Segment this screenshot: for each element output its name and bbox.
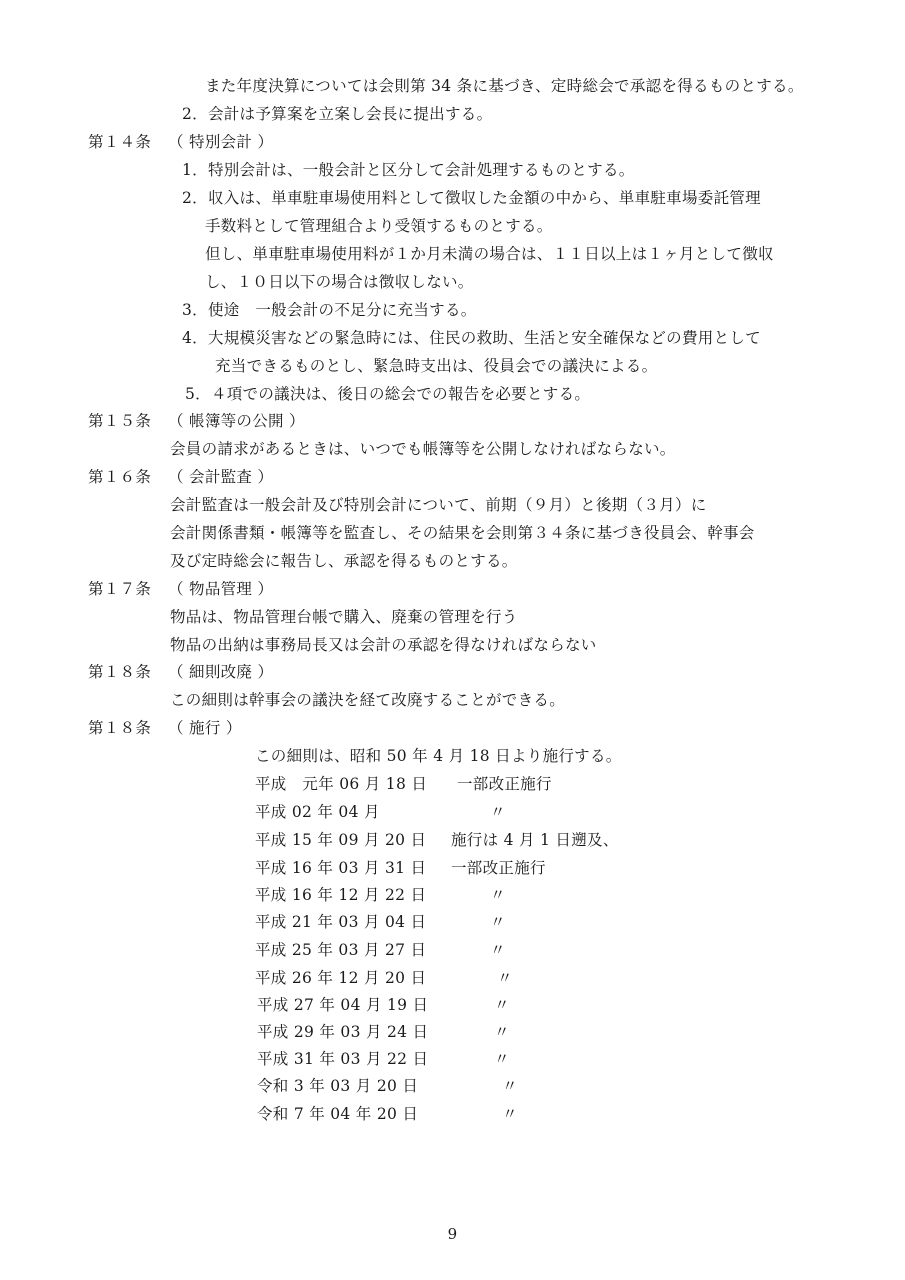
article-title: （ 物品管理 ） [168,579,273,599]
revision-note: 〃 [502,1104,518,1124]
revision-history-row: 令和 3 年 03 月 20 日 [257,1076,418,1096]
revision-history-row: 平成 15 年 09 月 20 日 [255,830,426,850]
revision-history-row: 平成 21 年 03 月 04 日 [255,912,426,932]
article-title: （ 帳簿等の公開 ） [168,411,305,431]
article-number: 第１６条 [88,467,168,487]
revision-note: 〃 [497,968,513,988]
article-number: 第１４条 [88,132,168,152]
article-heading: 第１４条（ 特別会計 ） [88,132,273,152]
page-number: 9 [0,1225,905,1243]
paragraph-line: 1．特別会計は、一般会計と区分して会計処理するものとする。 [182,160,635,180]
revision-history-row: 平成 26 年 12 月 20 日 [255,968,426,988]
revision-history-row: 平成 25 年 03 月 27 日 [255,940,426,960]
revision-history-row: 平成 元年 06 月 18 日 [255,774,427,794]
article-title: （ 特別会計 ） [168,132,273,152]
revision-history-row: 平成 27 年 04 月 19 日 [257,995,428,1015]
paragraph-line: 充当できるものとし、緊急時支出は、役員会での議決による。 [215,356,657,376]
revision-history-row: 平成 16 年 03 月 31 日 [255,858,426,878]
revision-note: 〃 [490,885,506,905]
paragraph-line: 2．収入は、単車駐車場使用料として徴収した金額の中から、単車駐車場委託管理 [182,188,761,208]
paragraph-line: 会計関係書類・帳簿等を監査し、その結果を会則第３４条に基づき役員会、幹事会 [170,523,755,543]
revision-note: 〃 [490,802,506,822]
revision-note: 〃 [494,1049,510,1069]
article-title: （ 会計監査 ） [168,467,273,487]
revision-note: 〃 [502,1076,518,1096]
article-number: 第１８条 [88,718,168,738]
paragraph-line: 物品の出納は事務局長又は会計の承認を得なければならない [170,635,597,655]
paragraph-line: 2．会計は予算案を立案し会長に提出する。 [182,104,492,124]
revision-history-row: 平成 31 年 03 月 22 日 [257,1049,428,1069]
paragraph-line: 物品は、物品管理台帳で購入、廃棄の管理を行う [170,607,518,627]
article-heading: 第１７条（ 物品管理 ） [88,579,273,599]
paragraph-line: この細則は幹事会の議決を経て改廃することができる。 [170,690,565,710]
revision-note: 一部改正施行 [457,774,552,794]
revision-history-row: 平成 02 年 04 月 [255,802,380,822]
revision-note: 〃 [494,995,510,1015]
revision-note: 施行は 4 月 1 日遡及、 [451,830,619,850]
paragraph-line: 手数料として管理組合より受領するものとする。 [205,216,553,236]
paragraph-line: また年度決算については会則第 34 条に基づき、定時総会で承認を得るものとする。 [205,76,804,96]
revision-history-row: 令和 7 年 04 年 20 日 [257,1104,418,1124]
article-number: 第１８条 [88,662,168,682]
paragraph-line: し、１０日以下の場合は徴収しない。 [205,272,474,292]
revision-note: 一部改正施行 [451,858,546,878]
article-title: （ 細則改廃 ） [168,662,273,682]
revision-note: 〃 [490,940,506,960]
revision-note: 〃 [494,1022,510,1042]
paragraph-line: 会計監査は一般会計及び特別会計について、前期（９月）と後期（３月）に [170,495,707,515]
paragraph-line: 会員の請求があるときは、いつでも帳簿等を公開しなければならない。 [170,439,676,459]
paragraph-line: 但し、単車駐車場使用料が１か月未満の場合は、１１日以上は１ヶ月として徴収 [205,244,774,264]
paragraph-line: 3．使途 一般会計の不足分に充当する。 [182,300,477,320]
paragraph-line: この細則は、昭和 50 年 4 月 18 日より施行する。 [255,746,622,766]
article-heading: 第１６条（ 会計監査 ） [88,467,273,487]
revision-history-row: 平成 29 年 03 月 24 日 [257,1022,428,1042]
article-heading: 第１８条（ 施行 ） [88,718,242,738]
paragraph-line: 5．４項での議決は、後日の総会での報告を必要とする。 [185,384,590,404]
article-title: （ 施行 ） [168,718,242,738]
revision-history-row: 平成 16 年 12 月 22 日 [255,885,426,905]
paragraph-line: 及び定時総会に報告し、承認を得るものとする。 [170,551,518,571]
revision-note: 〃 [490,912,506,932]
article-number: 第１７条 [88,579,168,599]
paragraph-line: 4．大規模災害などの緊急時には、住民の救助、生活と安全確保などの費用として [182,328,761,348]
article-heading: 第１５条（ 帳簿等の公開 ） [88,411,305,431]
article-number: 第１５条 [88,411,168,431]
article-heading: 第１８条（ 細則改廃 ） [88,662,273,682]
